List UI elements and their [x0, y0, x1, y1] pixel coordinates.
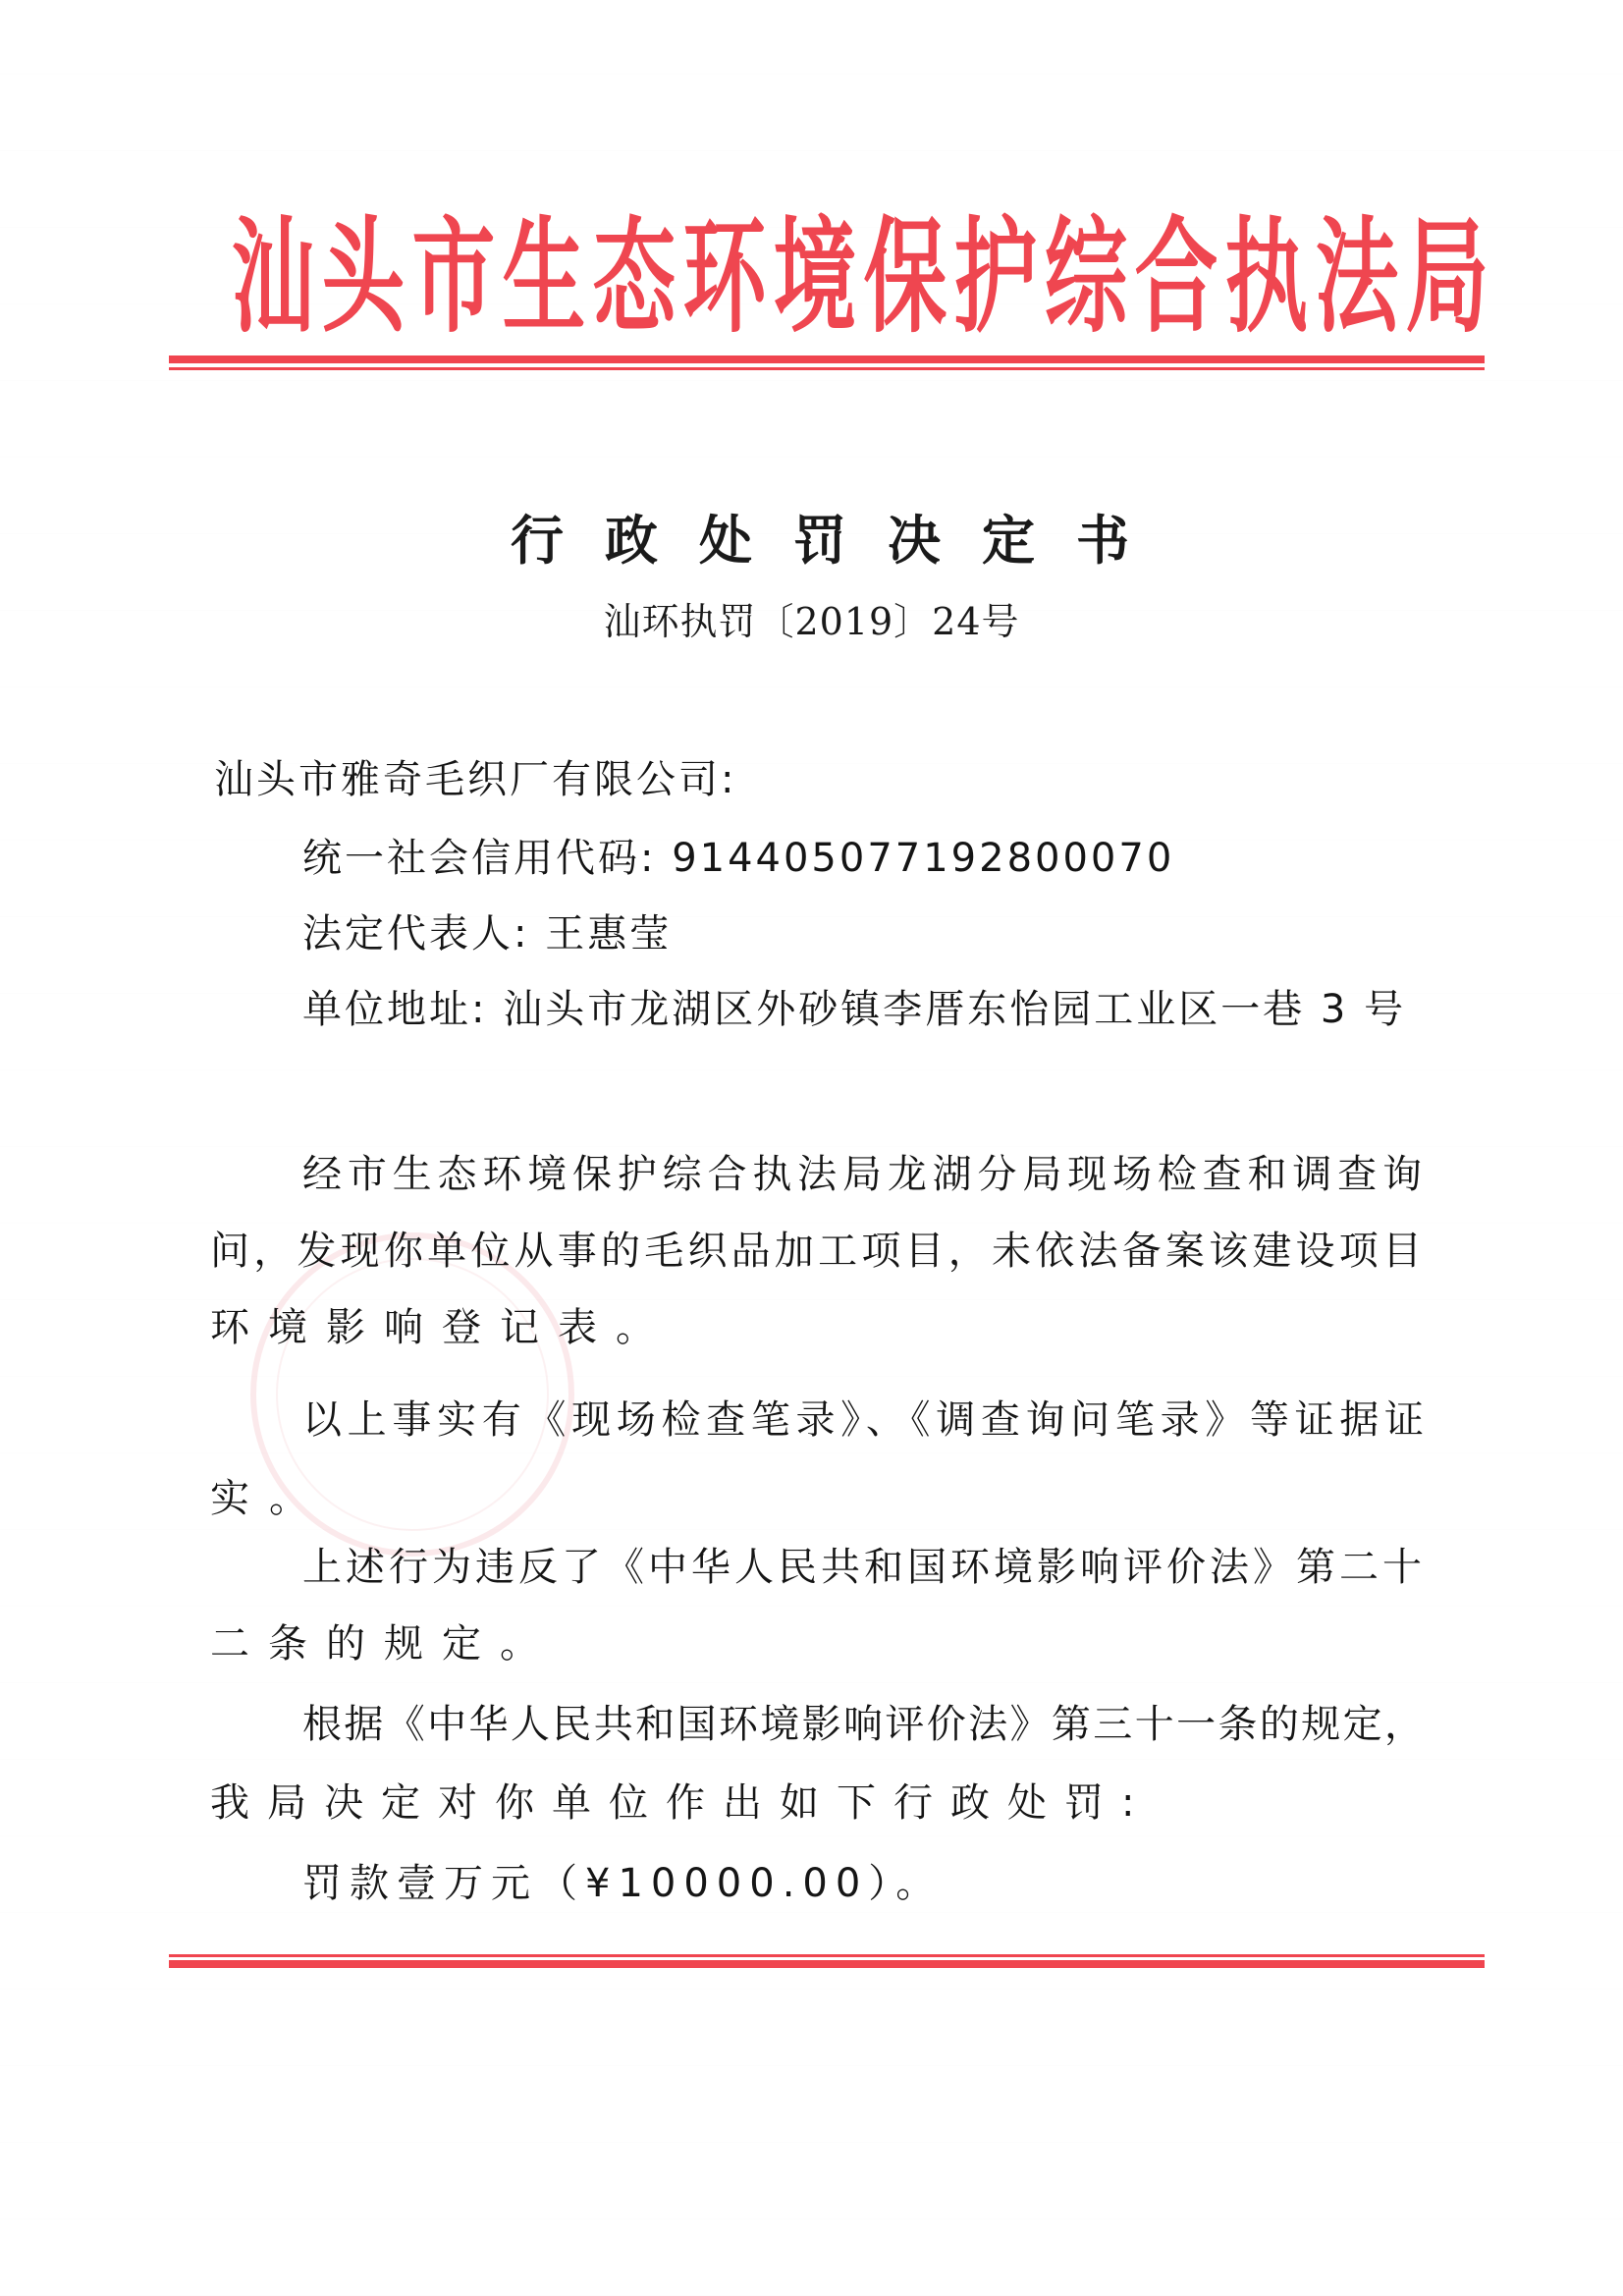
document-title: 行 政 处 罚 决 定 书 [511, 506, 1129, 574]
paragraph-evidence-line-1: 以上事实有《现场检查笔录》、《调查询问笔录》等证据证 [302, 1394, 1424, 1446]
paragraph-basis-line-1: 根据《中华人民共和国环境影响评价法》第三十一条的规定， [302, 1699, 1424, 1750]
letterhead-char: 生 [503, 214, 586, 339]
paragraph-facts-line-2: 问，发现你单位从事的毛织品加工项目，未依法备案该建设项目 [210, 1226, 1422, 1277]
document-number: 汕环执罚〔2019〕24号 [0, 597, 1623, 646]
footer-rule-thick [169, 1960, 1485, 1968]
letterhead-char: 执 [1225, 214, 1309, 339]
letterhead-rule-thin [169, 367, 1485, 370]
paragraph-violation-line-2: 二条的规定。 [210, 1618, 558, 1669]
title-char: 罚 [793, 506, 846, 574]
title-char: 行 [511, 506, 564, 574]
paragraph-violation-line-1: 上述行为违反了《中华人民共和国环境影响评价法》第二十 [302, 1542, 1422, 1593]
paragraph-basis-line-2: 我局决定对你单位作出如下行政处罚: [210, 1777, 1152, 1829]
letterhead-char: 护 [954, 214, 1038, 339]
title-char: 书 [1076, 506, 1129, 574]
letterhead-char: 头 [322, 214, 406, 339]
letterhead-char: 法 [1316, 214, 1399, 339]
title-char: 处 [699, 506, 752, 574]
letterhead-char: 合 [1135, 214, 1218, 339]
legal-rep-line: 法定代表人: 王惠莹 [302, 908, 672, 959]
address-line: 单位地址: 汕头市龙湖区外砂镇李厝东怡园工业区一巷 3 号 [302, 984, 1406, 1035]
letterhead-char: 保 [864, 214, 947, 339]
letterhead-rule-thick [169, 355, 1485, 363]
paragraph-evidence-line-2: 实。 [210, 1473, 328, 1524]
penalty-line: 罚款壹万元（¥10000.00）。 [302, 1858, 943, 1909]
letterhead-char: 境 [774, 214, 857, 339]
title-char: 政 [605, 506, 658, 574]
credit-code-line: 统一社会信用代码: 914405077192800070 [302, 833, 1174, 884]
title-char: 定 [982, 506, 1035, 574]
party-name: 汕头市雅奇毛织厂有限公司: [214, 754, 736, 805]
document-page: 汕 头 市 生 态 环 境 保 护 综 合 执 法 局 行 政 处 罚 决 定 … [0, 0, 1623, 2296]
footer-rule-thin [169, 1954, 1485, 1957]
letterhead-char: 汕 [232, 214, 315, 339]
letterhead-char: 综 [1045, 214, 1128, 339]
letterhead-char: 局 [1406, 214, 1489, 339]
title-char: 决 [888, 506, 941, 574]
letterhead-char: 市 [412, 214, 496, 339]
paragraph-facts-line-1: 经市生态环境保护综合执法局龙湖分局现场检查和调查询 [302, 1149, 1422, 1200]
letterhead-char: 态 [593, 214, 676, 339]
paragraph-facts-line-3: 环境影响登记表。 [210, 1302, 674, 1353]
letterhead-org-name: 汕 头 市 生 态 环 境 保 护 综 合 执 法 局 [228, 210, 1440, 343]
letterhead-char: 环 [683, 214, 767, 339]
